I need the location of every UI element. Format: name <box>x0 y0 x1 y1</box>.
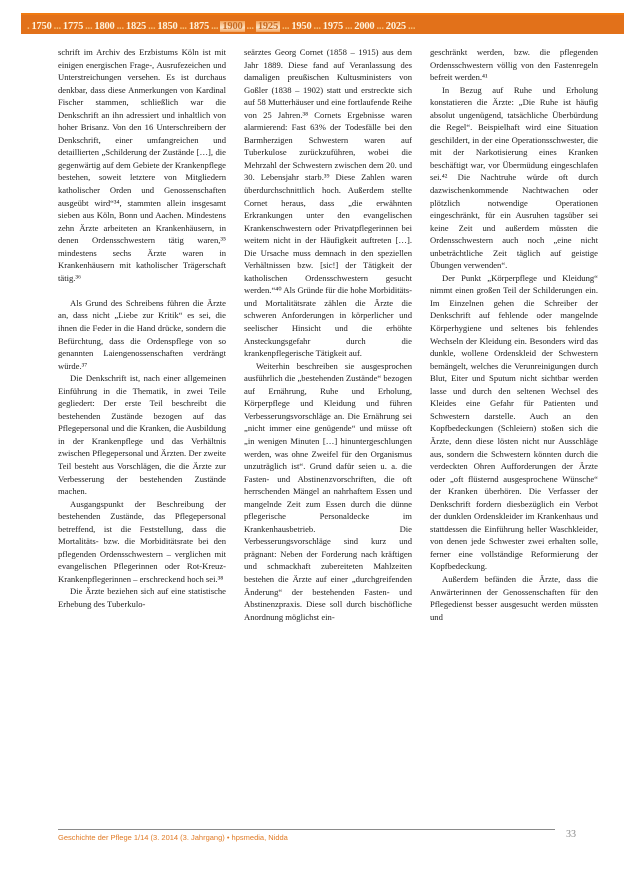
paragraph: Als Grund des Schreibens führen die Ärzt… <box>58 297 226 372</box>
timeline-year-2000: 2000 <box>354 21 374 32</box>
timeline-separator: ... <box>408 21 415 32</box>
timeline-year-1825: 1825 <box>126 21 146 32</box>
timeline-separator: ... <box>148 21 155 32</box>
footer-citation: Geschichte der Pflege 1/14 (3. 2014 (3. … <box>58 833 288 842</box>
paragraph: Ausgangspunkt der Beschreibung der beste… <box>58 498 226 586</box>
timeline-separator: ... <box>247 21 254 32</box>
text-column-1: schrift im Archiv des Erzbistums Köln is… <box>58 46 226 816</box>
timeline-separator: ... <box>282 21 289 32</box>
timeline-separator: ... <box>211 21 218 32</box>
timeline-separator: . <box>27 21 29 32</box>
text-column-2: seärztes Georg Cornet (1858 – 1915) aus … <box>244 46 412 816</box>
paragraph: Die Ärzte beziehen sich auf eine statist… <box>58 585 226 610</box>
paragraph: In Bezug auf Ruhe und Erholung konstatie… <box>430 84 598 272</box>
paragraph: Außerdem befänden die Ärzte, dass die An… <box>430 573 598 623</box>
timeline-separator: ... <box>85 21 92 32</box>
timeline-year-1850: 1850 <box>157 21 177 32</box>
timeline-separator: ... <box>345 21 352 32</box>
timeline-year-1875: 1875 <box>189 21 209 32</box>
timeline-separator: ... <box>54 21 61 32</box>
timeline-separator: ... <box>376 21 383 32</box>
timeline-year-1800: 1800 <box>94 21 114 32</box>
paragraph: geschränkt werden, bzw. die pflegenden O… <box>430 46 598 84</box>
paragraph: Weiterhin beschreiben sie ausgesprochen … <box>244 360 412 623</box>
page-number: 33 <box>566 829 576 840</box>
paragraph: Der Punkt „Körperpflege und Kleidung“ ni… <box>430 272 598 573</box>
paragraph: Die Denkschrift ist, nach einer allgemei… <box>58 372 226 497</box>
timeline-year-1900: 1900 <box>220 21 244 32</box>
timeline-years: .1750...1775...1800...1825...1850...1875… <box>25 21 417 32</box>
article-body: schrift im Archiv des Erzbistums Köln is… <box>58 46 598 816</box>
timeline-year-1950: 1950 <box>291 21 311 32</box>
timeline-year-1775: 1775 <box>63 21 83 32</box>
timeline-separator: ... <box>314 21 321 32</box>
timeline-banner: .1750...1775...1800...1825...1850...1875… <box>21 13 624 34</box>
timeline-year-2025: 2025 <box>386 21 406 32</box>
timeline-year-1975: 1975 <box>323 21 343 32</box>
timeline-year-1750: 1750 <box>31 21 51 32</box>
text-column-3: geschränkt werden, bzw. die pflegenden O… <box>430 46 598 816</box>
paragraph: seärztes Georg Cornet (1858 – 1915) aus … <box>244 46 412 360</box>
paragraph: schrift im Archiv des Erzbistums Köln is… <box>58 46 226 284</box>
timeline-separator: ... <box>117 21 124 32</box>
footer-divider <box>58 829 555 830</box>
timeline-separator: ... <box>180 21 187 32</box>
timeline-year-1925: 1925 <box>256 21 280 32</box>
